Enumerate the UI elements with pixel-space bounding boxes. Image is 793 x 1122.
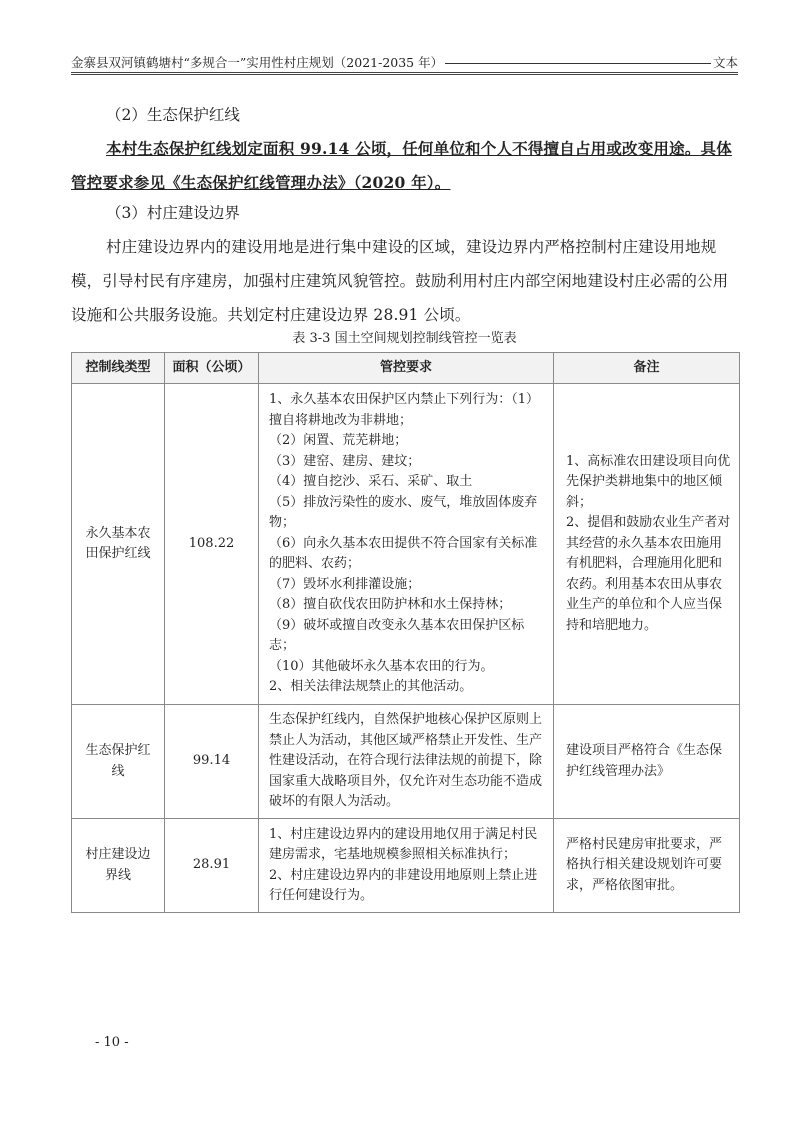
requirement-item: （9）破坏或擅自改变永久基本农田保护区标志； bbox=[269, 616, 545, 657]
requirement-item: （3）建窑、建房、建坟； bbox=[269, 452, 545, 473]
note-item: 严格村民建房审批要求，严格执行相关建设规划许可要求，严格依图审批。 bbox=[566, 835, 731, 897]
cell-type: 生态保护红线 bbox=[72, 705, 165, 819]
running-header: 金寨县双河镇鹤塘村“多规合一”实用性村庄规划（2021-2035 年） 文本 bbox=[71, 55, 738, 75]
cell-notes: 严格村民建房审批要求，严格执行相关建设规划许可要求，严格依图审批。 bbox=[554, 819, 740, 913]
village-boundary-paragraph: 村庄建设边界内的建设用地是进行集中建设的区域，建设边界内严格控制村庄建设用地规模… bbox=[71, 230, 739, 332]
cell-notes: 1、高标准农田建设项目向优先保护类耕地集中的地区倾斜； 2、提倡和鼓励农业生产者… bbox=[554, 384, 740, 705]
column-header-requirements: 管控要求 bbox=[259, 353, 554, 384]
requirement-item: （8）擅自砍伐农田防护林和水土保持林； bbox=[269, 595, 545, 616]
column-header-area: 面积（公顷） bbox=[165, 353, 259, 384]
document-title: 金寨县双河镇鹤塘村“多规合一”实用性村庄规划（2021-2035 年） bbox=[71, 55, 443, 71]
requirement-item: （4）擅自挖沙、采石、采矿、取土 bbox=[269, 472, 545, 493]
table-caption: 表 3-3 国土空间规划控制线管控一览表 bbox=[71, 326, 738, 352]
column-header-type: 控制线类型 bbox=[72, 353, 165, 384]
cell-requirements: 1、村庄建设边界内的建设用地仅用于满足村民建房需求，宅基地规模参照相关标准执行；… bbox=[259, 819, 554, 913]
page-number: - 10 - bbox=[95, 1035, 129, 1050]
table-row: 生态保护红线 99.14 生态保护红线内，自然保护地核心保护区原则上禁止人为活动… bbox=[72, 705, 740, 819]
requirement-item: 2、村庄建设边界内的非建设用地原则上禁止进行任何建设行为。 bbox=[269, 866, 545, 907]
requirement-item: 1、村庄建设边界内的建设用地仅用于满足村民建房需求，宅基地规模参照相关标准执行； bbox=[269, 825, 545, 866]
table-row: 村庄建设边界线 28.91 1、村庄建设边界内的建设用地仅用于满足村民建房需求，… bbox=[72, 819, 740, 913]
eco-redline-paragraph: 本村生态保护红线划定面积 99.14 公顷，任何单位和个人不得擅自占用或改变用途… bbox=[71, 132, 739, 200]
requirement-item: （7）毁坏水利排灌设施； bbox=[269, 575, 545, 596]
requirement-item: （6）向永久基本农田提供不符合国家有关标准的肥料、农药； bbox=[269, 534, 545, 575]
control-line-table: 控制线类型 面积（公顷） 管控要求 备注 永久基本农田保护红线 108.22 1… bbox=[71, 352, 740, 913]
table-header-row: 控制线类型 面积（公顷） 管控要求 备注 bbox=[72, 353, 740, 384]
requirement-item: （2）闲置、荒芜耕地； bbox=[269, 431, 545, 452]
requirement-item: 1、永久基本农田保护区内禁止下列行为：（1）擅自将耕地改为非耕地； bbox=[269, 390, 545, 431]
column-header-notes: 备注 bbox=[554, 353, 740, 384]
section-heading-village-boundary: （3）村庄建设边界 bbox=[106, 196, 240, 230]
header-section-label: 文本 bbox=[713, 55, 738, 71]
cell-notes: 建设项目严格符合《生态保护红线管理办法》 bbox=[554, 705, 740, 819]
note-item: 1、高标准农田建设项目向优先保护类耕地集中的地区倾斜； bbox=[566, 452, 731, 514]
requirement-item: 生态保护红线内，自然保护地核心保护区原则上禁止人为活动，其他区域严格禁止开发性、… bbox=[269, 710, 545, 813]
section-heading-eco-redline: （2）生态保护红线 bbox=[106, 98, 240, 132]
cell-area: 108.22 bbox=[165, 384, 259, 705]
cell-area: 28.91 bbox=[165, 819, 259, 913]
cell-type: 永久基本农田保护红线 bbox=[72, 384, 165, 705]
header-rule bbox=[445, 63, 711, 64]
table-row: 永久基本农田保护红线 108.22 1、永久基本农田保护区内禁止下列行为：（1）… bbox=[72, 384, 740, 705]
cell-requirements: 生态保护红线内，自然保护地核心保护区原则上禁止人为活动，其他区域严格禁止开发性、… bbox=[259, 705, 554, 819]
requirement-item: 2、相关法律法规禁止的其他活动。 bbox=[269, 677, 545, 698]
note-item: 2、提倡和鼓励农业生产者对其经营的永久基本农田施用有机肥料，合理施用化肥和农药。… bbox=[566, 513, 731, 636]
requirement-item: （5）排放污染性的废水、废气，堆放固体废弃物； bbox=[269, 493, 545, 534]
cell-area: 99.14 bbox=[165, 705, 259, 819]
cell-requirements: 1、永久基本农田保护区内禁止下列行为：（1）擅自将耕地改为非耕地； （2）闲置、… bbox=[259, 384, 554, 705]
cell-type: 村庄建设边界线 bbox=[72, 819, 165, 913]
requirement-item: （10）其他破坏永久基本农田的行为。 bbox=[269, 657, 545, 678]
note-item: 建设项目严格符合《生态保护红线管理办法》 bbox=[566, 741, 731, 782]
